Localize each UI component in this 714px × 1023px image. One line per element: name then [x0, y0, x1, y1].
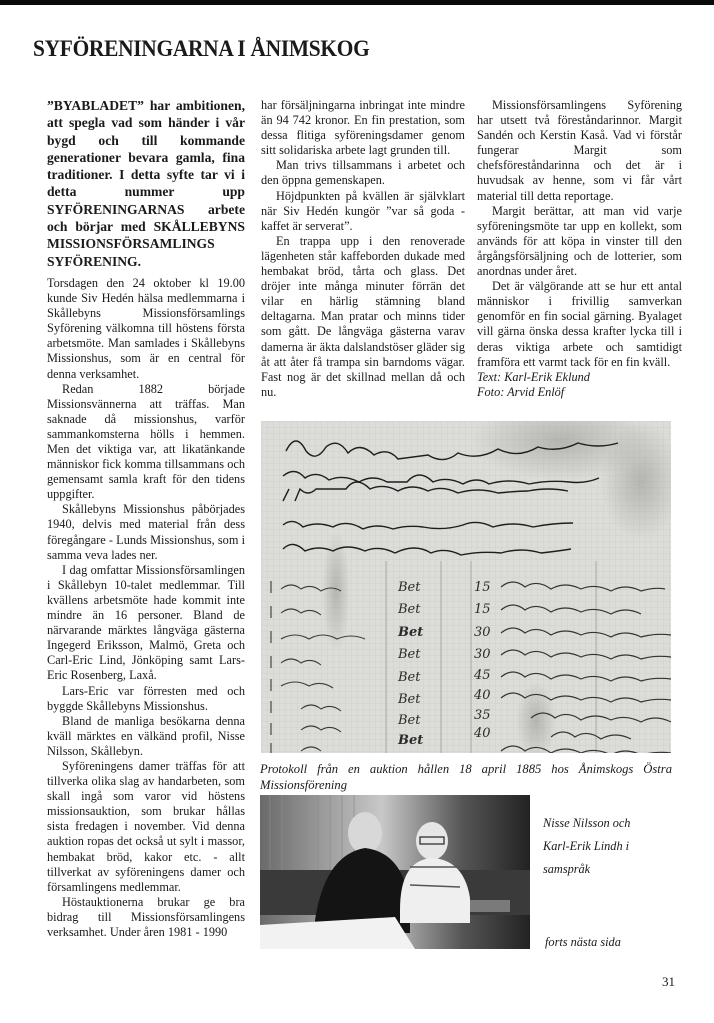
top-border [0, 0, 714, 5]
svg-text:Bet: Bet [397, 647, 421, 662]
svg-text:Bet: Bet [397, 580, 421, 595]
body-paragraph: Syföreningens damer träffas för att till… [47, 759, 245, 895]
photo-caption: Nisse Nilsson och Karl-Erik Lindh i sams… [543, 812, 653, 881]
handwritten-manuscript-illustration: Bet Bet Bet Bet Bet Bet Bet Bet 15 15 30… [261, 421, 671, 753]
body-paragraph: Höjdpunkten på kvällen är självklart när… [261, 189, 465, 234]
body-paragraph: har försäljningarna inbringat inte mindr… [261, 98, 465, 158]
svg-text:Bet: Bet [397, 733, 423, 748]
svg-text:45: 45 [473, 668, 491, 683]
svg-text:Bet: Bet [397, 692, 421, 707]
caption-line: Nisse Nilsson och [543, 812, 653, 835]
caption-line: Missionsförening [260, 777, 672, 793]
body-paragraph: Torsdagen den 24 oktober kl 19.00 kunde … [47, 276, 245, 382]
lead-paragraph: ”BYABLADET” har ambitionen, att spegla v… [47, 97, 245, 270]
article-column-1: ”BYABLADET” har ambitionen, att spegla v… [47, 97, 245, 940]
auction-protocol-image: Bet Bet Bet Bet Bet Bet Bet Bet 15 15 30… [261, 421, 671, 753]
caption-line: Protokoll från en auktion hållen 18 apri… [260, 761, 672, 777]
svg-text:Bet: Bet [397, 713, 421, 728]
svg-text:30: 30 [474, 647, 491, 662]
body-paragraph: Lars-Eric var förresten med och byggde S… [47, 684, 245, 714]
photo-illustration [260, 795, 530, 949]
svg-text:15: 15 [474, 602, 491, 617]
body-paragraph: Redan 1882 började Missionsvännerna att … [47, 382, 245, 503]
body-paragraph: I dag omfattar Missionsförsamlingen i Sk… [47, 563, 245, 684]
svg-text:40: 40 [473, 726, 491, 741]
body-paragraph: En trappa upp i den renoverade lägenhete… [261, 234, 465, 400]
body-paragraph: Margit berättar, att man vid varje syför… [477, 204, 682, 279]
body-paragraph: Missionsförsamlingens Syförening har uts… [477, 98, 682, 204]
svg-text:Bet: Bet [397, 670, 421, 685]
svg-text:40: 40 [473, 688, 491, 703]
svg-text:Bet: Bet [397, 602, 421, 617]
continued-next-page-note: forts nästa sida [545, 935, 621, 950]
article-column-2: har försäljningarna inbringat inte mindr… [261, 98, 465, 400]
page-title: SYFÖRENINGARNA I ÅNIMSKOG [33, 36, 370, 62]
page-number: 31 [662, 974, 675, 990]
caption-line: samspråk [543, 858, 653, 881]
body-paragraph: Man trivs tillsammans i arbetet och den … [261, 158, 465, 188]
body-paragraph: Höstauktionerna brukar ge bra bidrag til… [47, 895, 245, 940]
photo-credit: Foto: Arvid Enlöf [477, 385, 682, 400]
body-paragraph: Det är välgörande att se hur ett antal m… [477, 279, 682, 370]
article-column-3: Missionsförsamlingens Syförening har uts… [477, 98, 682, 400]
svg-text:35: 35 [474, 708, 491, 723]
svg-text:30: 30 [474, 625, 491, 640]
photograph-two-men [260, 795, 530, 949]
body-paragraph: Skållebyns Missionshus påbörjades 1940, … [47, 502, 245, 562]
manuscript-caption: Protokoll från en auktion hållen 18 apri… [260, 761, 672, 793]
body-paragraph: Bland de manliga besökarna denna kväll m… [47, 714, 245, 759]
caption-line: Karl-Erik Lindh i [543, 835, 653, 858]
svg-text:Bet: Bet [397, 625, 423, 640]
svg-text:15: 15 [474, 580, 491, 595]
author-credit: Text: Karl-Erik Eklund [477, 370, 682, 385]
